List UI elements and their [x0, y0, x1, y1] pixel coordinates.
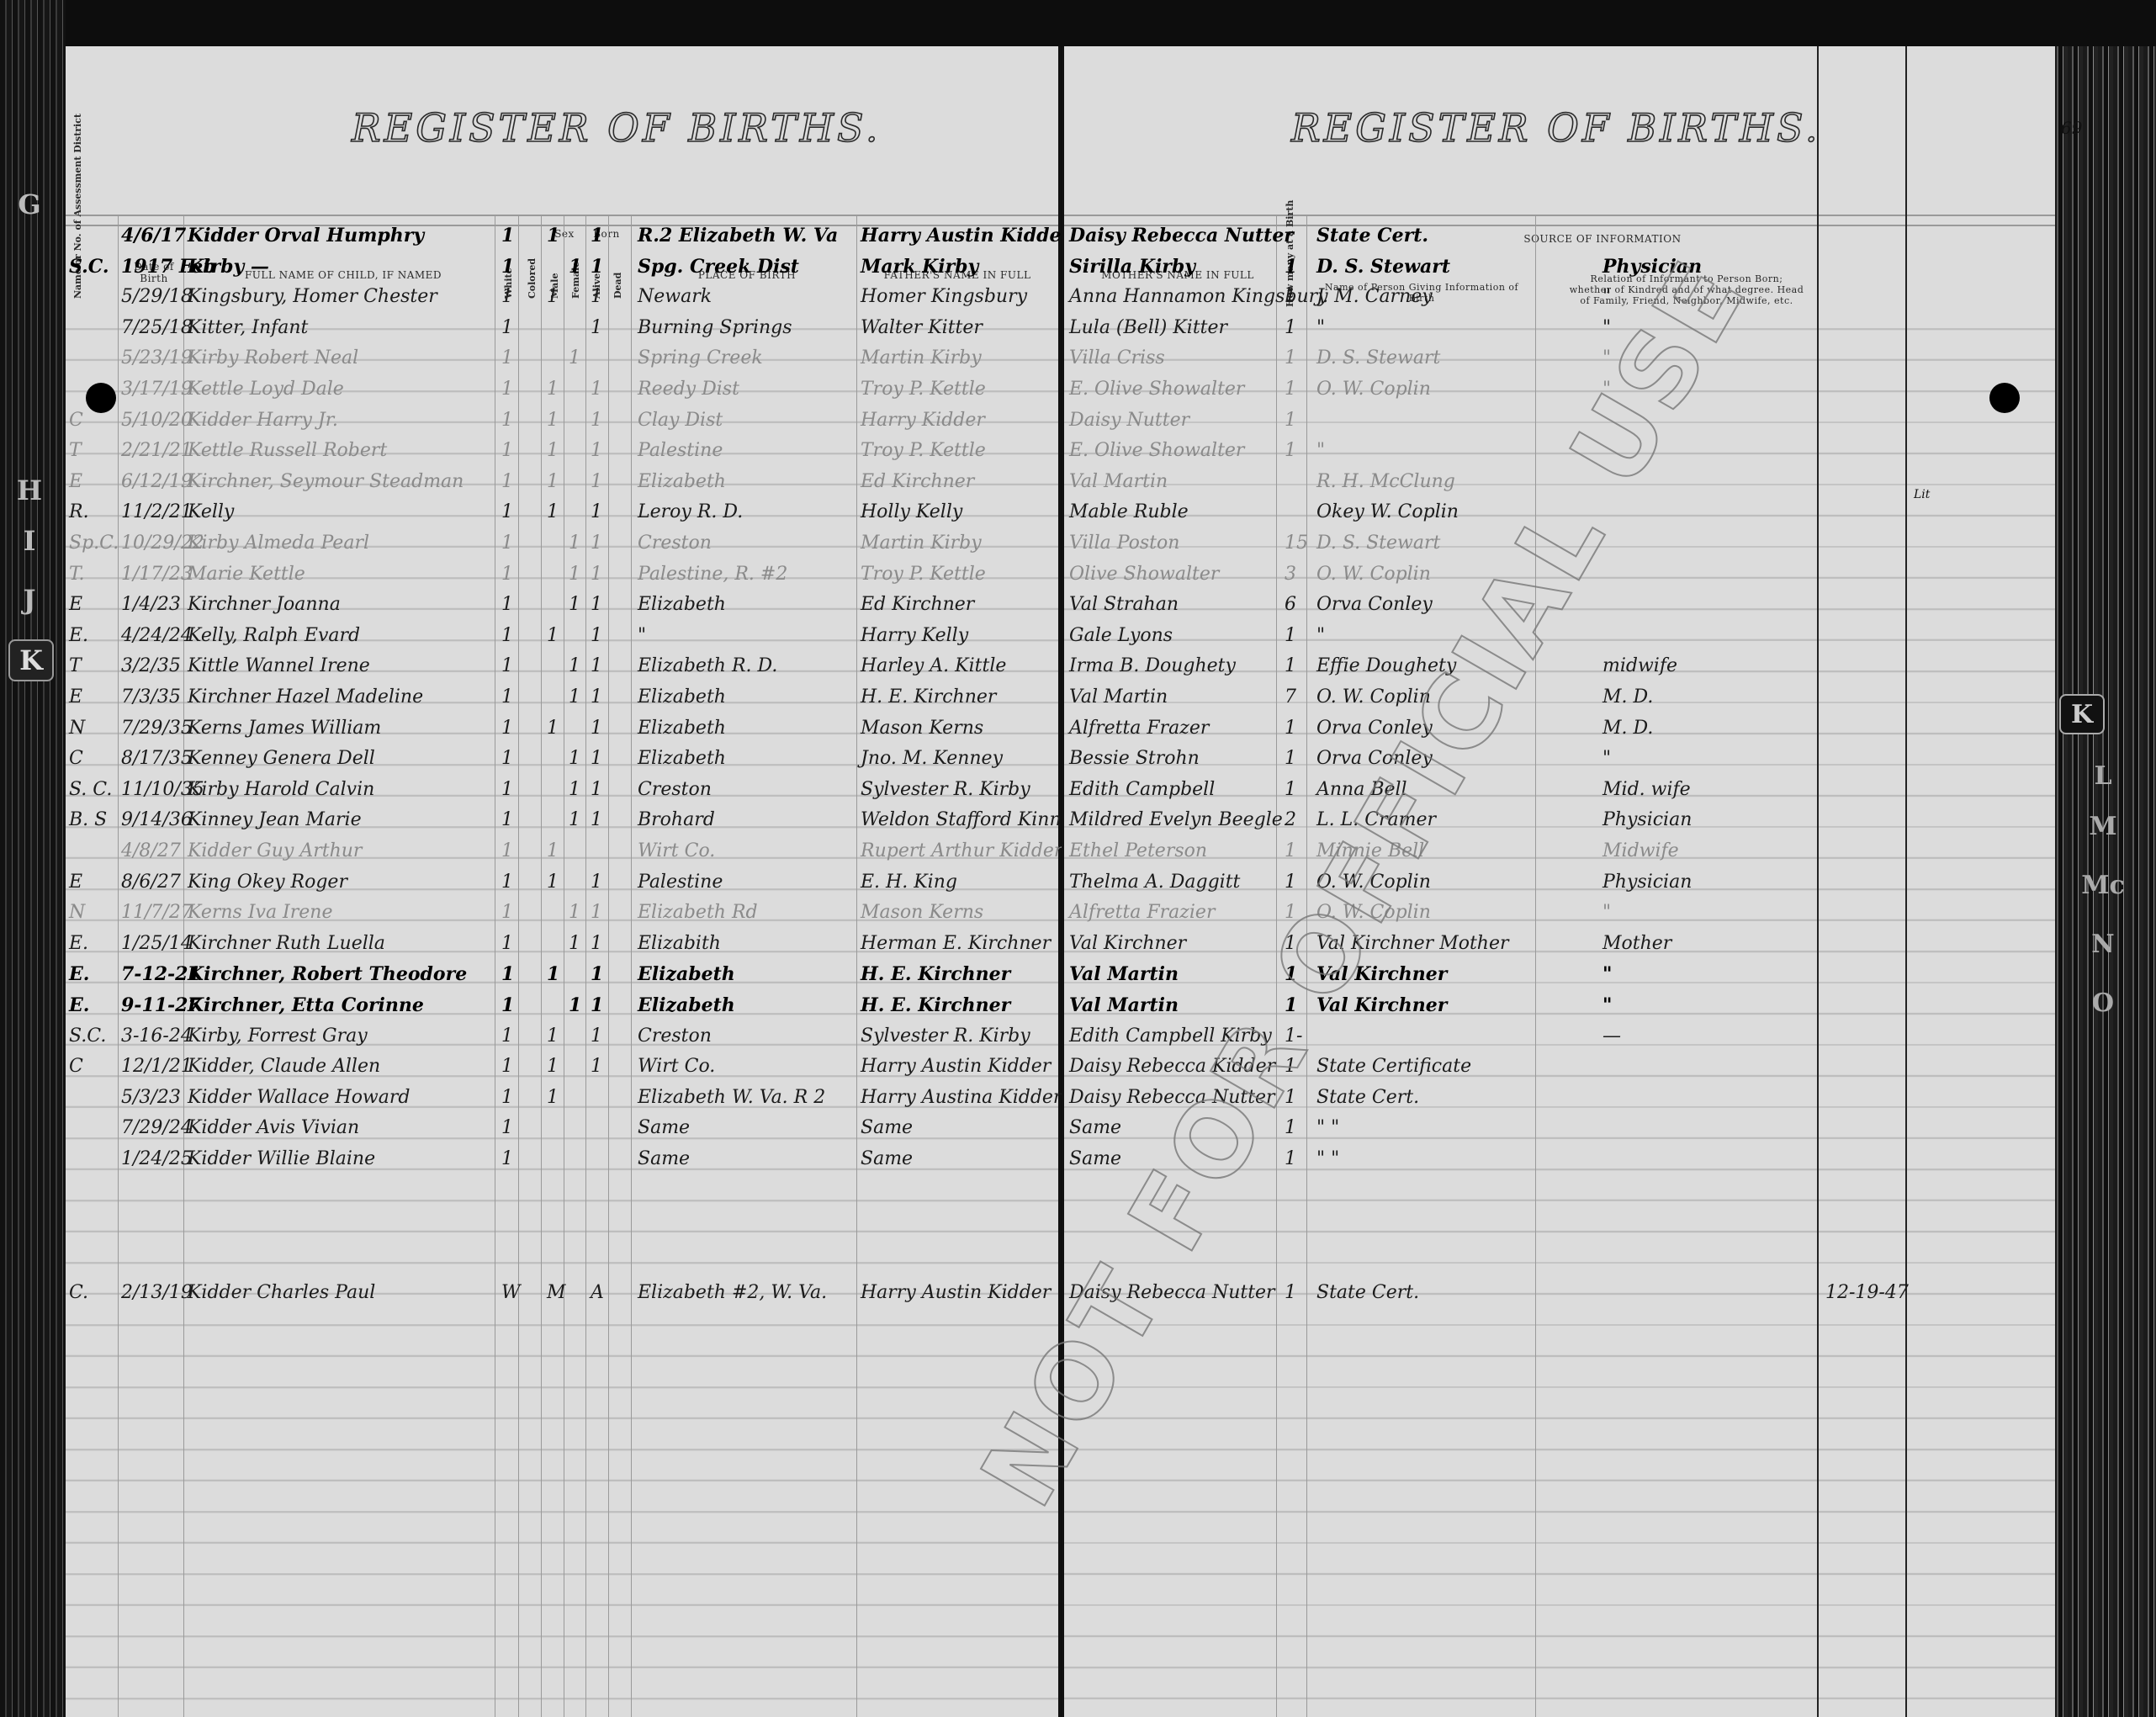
relation-cell: " [1602, 994, 1612, 1016]
place-cell: Palestine [638, 872, 723, 893]
father-cell: E. H. King [861, 872, 957, 893]
child-name-cell: Kelly [188, 501, 234, 522]
child-name-cell: Kirchner Ruth Luella [188, 933, 385, 954]
father-cell: Troy P. Kettle [861, 379, 986, 400]
father-cell: Sylvester R. Kirby [861, 779, 1030, 800]
informant-cell: State Cert. [1316, 1087, 1419, 1108]
father-cell: Homer Kingsbury [861, 286, 1027, 307]
informant-cell: " [1316, 440, 1325, 461]
date-cell: 5/23/19 [121, 347, 193, 368]
white-mark: 1 [501, 533, 513, 554]
date-cell: 1/4/23 [121, 594, 181, 615]
relation-cell: Midwife [1602, 840, 1679, 861]
child-name-cell: Kidder Harry Jr. [188, 410, 338, 431]
white-mark: 1 [501, 779, 513, 800]
date-cell: 12/1/21 [121, 1056, 193, 1077]
place-cell: Elizabeth Rd [638, 902, 758, 923]
date-cell: 7/29/35 [121, 718, 193, 739]
alive-mark: 1 [591, 533, 602, 554]
births-count-cell: 1 [1285, 379, 1296, 400]
place-cell: R.2 Elizabeth W. Va [638, 225, 838, 246]
district-cell: T. [69, 564, 84, 585]
relation-cell: " [1602, 748, 1611, 769]
informant-cell: D. S. Stewart [1316, 347, 1440, 368]
date-cell: 8/6/27 [121, 872, 181, 893]
index-tab-n[interactable]: N [2082, 925, 2124, 962]
informant-cell: O. W. Coplin [1316, 564, 1431, 585]
female-mark: 1 [569, 748, 580, 769]
child-name-cell: Kinney Jean Marie [188, 809, 362, 830]
male-mark: 1 [547, 718, 559, 739]
table-row: E.1/25/14Kirchner Ruth Luella111Elizabit… [66, 930, 1058, 960]
male-mark: M [547, 1282, 566, 1303]
relation-cell: M. D. [1602, 686, 1653, 707]
female-mark: 1 [569, 809, 580, 830]
informant-cell: O. W. Coplin [1316, 379, 1431, 400]
mother-cell: Gale Lyons [1069, 625, 1173, 646]
late-entry-row: Daisy Rebecca Nutter1State Cert.12-19-47 [1064, 1279, 2055, 1309]
father-cell: Same [861, 1148, 913, 1169]
district-cell: C [69, 410, 83, 431]
father-cell: Mark Kirby [861, 256, 978, 278]
informant-cell: D. S. Stewart [1316, 256, 1450, 278]
place-cell: Elizabeth [638, 594, 726, 615]
mother-cell: E. Olive Showalter [1069, 440, 1244, 461]
alive-mark: 1 [591, 779, 602, 800]
informant-cell: D. S. Stewart [1316, 533, 1440, 554]
father-cell: Sylvester R. Kirby [861, 1025, 1030, 1047]
child-name-cell: Kidder Wallace Howard [188, 1087, 410, 1108]
index-tab-i[interactable]: I [8, 522, 50, 560]
male-mark: 1 [547, 440, 559, 461]
district-cell: S. C. [69, 779, 112, 800]
white-mark: 1 [501, 594, 513, 615]
place-cell: Elizabeth R. D. [638, 655, 777, 676]
index-tab-o[interactable]: O [2082, 984, 2124, 1021]
father-cell: Harry Austin Kidder [861, 1282, 1051, 1303]
white-mark: 1 [501, 440, 513, 461]
place-cell: Palestine, R. #2 [638, 564, 787, 585]
white-mark: 1 [501, 655, 513, 676]
right-page: REGISTER OF BIRTHS. 69 MOTHER'S NAME IN … [1062, 46, 2055, 1717]
births-count-cell: 1 [1285, 317, 1296, 338]
child-name-cell: Marie Kettle [188, 564, 305, 585]
white-mark: 1 [501, 686, 513, 707]
child-name-cell: Kidder, Claude Allen [188, 1056, 380, 1077]
male-mark: 1 [547, 840, 559, 861]
date-cell: 4/8/27 [121, 840, 181, 861]
alive-mark: 1 [591, 379, 602, 400]
male-mark: 1 [547, 625, 559, 646]
alive-mark: 1 [591, 963, 603, 985]
child-name-cell: Kenney Genera Dell [188, 748, 375, 769]
father-cell: Troy P. Kettle [861, 440, 986, 461]
male-mark: 1 [547, 286, 559, 307]
table-row: T.1/17/23Marie Kettle111Palestine, R. #2… [66, 560, 1058, 591]
table-row: C12/1/21Kidder, Claude Allen111Wirt Co.H… [66, 1052, 1058, 1083]
child-name-cell: Kidder Charles Paul [188, 1282, 375, 1303]
father-cell: Herman E. Kirchner [861, 933, 1051, 954]
alive-mark: 1 [591, 594, 602, 615]
father-cell: Rupert Arthur Kidder [861, 840, 1062, 861]
place-cell: " [638, 625, 646, 646]
book-binding-left: G H I J K [0, 0, 66, 1717]
mother-cell: Val Martin [1069, 994, 1179, 1016]
child-name-cell: Kidder Orval Humphry [188, 225, 424, 246]
date-cell: 7/25/18 [121, 317, 193, 338]
child-name-cell: Kerns James William [188, 718, 381, 739]
place-cell: Palestine [638, 440, 723, 461]
father-cell: Same [861, 1117, 913, 1138]
district-cell: Sp.C. [69, 533, 119, 554]
table-row: 4/6/17Kidder Orval Humphry111R.2 Elizabe… [66, 221, 1058, 252]
informant-cell: State Certificate [1316, 1056, 1471, 1077]
white-mark: 1 [501, 933, 513, 954]
place-cell: Same [638, 1117, 690, 1138]
table-row: 7/29/24Kidder Avis Vivian1SameSame [66, 1114, 1058, 1144]
date-cell: 5/3/23 [121, 1087, 181, 1108]
table-row: N11/7/27Kerns Iva Irene111Elizabeth RdMa… [66, 898, 1058, 929]
late-entry-date-note: 12-19-47 [1825, 1282, 1909, 1303]
table-row: B. S9/14/36Kinney Jean Marie111BrohardWe… [66, 806, 1058, 836]
alive-mark: 1 [591, 1056, 602, 1077]
child-name-cell: Kirchner, Etta Corinne [188, 994, 424, 1016]
father-cell: Harry Kelly [861, 625, 968, 646]
table-row: Villa Criss1D. S. Stewart" [1064, 344, 2055, 374]
place-cell: Elizabeth #2, W. Va. [638, 1282, 827, 1303]
table-row: Val Martin7O. W. CoplinM. D. [1064, 683, 2055, 713]
date-cell: 2/21/21 [121, 440, 193, 461]
date-cell: 11/2/21 [121, 501, 193, 522]
white-mark: 1 [501, 225, 514, 246]
white-mark: 1 [501, 410, 513, 431]
alive-mark: 1 [591, 256, 603, 278]
date-cell: 4/24/24 [121, 625, 193, 646]
table-row: E7/3/35Kirchner Hazel Madeline111Elizabe… [66, 683, 1058, 713]
table-row: Lula (Bell) Kitter1"" [1064, 314, 2055, 344]
father-cell: Harry Kidder [861, 410, 985, 431]
index-tab-g[interactable]: G [8, 185, 50, 224]
informant-cell: J. M. Carney [1316, 286, 1433, 307]
district-cell: E [69, 686, 82, 707]
table-row: C5/10/20Kidder Harry Jr.111Clay DistHarr… [66, 406, 1058, 437]
relation-cell: " [1602, 317, 1611, 338]
place-cell: Newark [638, 286, 712, 307]
relation-cell: midwife [1602, 655, 1677, 676]
district-cell: C [69, 1056, 83, 1077]
informant-cell: " [1316, 317, 1325, 338]
table-row: 5/3/23Kidder Wallace Howard11Elizabeth W… [66, 1084, 1058, 1114]
date-cell: 2/13/19 [121, 1282, 193, 1303]
index-tab-mc[interactable]: Mc [2082, 866, 2124, 904]
white-mark: 1 [501, 256, 514, 278]
informant-cell: " " [1316, 1117, 1339, 1138]
mother-cell: Same [1069, 1148, 1121, 1169]
mother-cell: Irma B. Doughety [1069, 655, 1236, 676]
place-cell: Creston [638, 1025, 712, 1047]
district-cell: N [69, 902, 85, 923]
place-cell: Wirt Co. [638, 1056, 715, 1077]
index-tab-k[interactable]: K [8, 639, 54, 681]
alive-mark: 1 [591, 286, 602, 307]
alive-mark: 1 [591, 225, 603, 246]
informant-cell: State Cert. [1316, 1282, 1419, 1303]
child-name-cell: Kingsbury, Homer Chester [188, 286, 437, 307]
table-row: 5/23/19Kirby Robert Neal11Spring CreekMa… [66, 344, 1058, 374]
white-mark: 1 [501, 317, 513, 338]
child-name-cell: Kelly, Ralph Evard [188, 625, 360, 646]
white-mark: 1 [501, 625, 513, 646]
district-cell: T [69, 440, 82, 461]
alive-mark: 1 [591, 718, 602, 739]
male-mark: 1 [547, 963, 559, 985]
white-mark: 1 [501, 471, 513, 492]
child-name-cell: Kirchner, Robert Theodore [188, 963, 467, 985]
white-mark: 1 [501, 994, 514, 1016]
place-cell: Elizabeth [638, 963, 735, 985]
father-cell: H. E. Kirchner [861, 963, 1010, 985]
table-row: Val Kirchner1Val Kirchner MotherMother [1064, 930, 2055, 960]
child-name-cell: Kettle Russell Robert [188, 440, 387, 461]
births-count-cell: 1 [1285, 256, 1297, 278]
table-row: Anna Hannamon Kingsbury1J. M. Carney" [1064, 283, 2055, 313]
informant-cell: State Cert. [1316, 225, 1428, 246]
table-row: E.4/24/24Kelly, Ralph Evard111"Harry Kel… [66, 622, 1058, 652]
child-name-cell: Kirby Robert Neal [188, 347, 358, 368]
white-mark: 1 [501, 286, 513, 307]
district-cell: R. [69, 501, 89, 522]
district-cell: E [69, 471, 82, 492]
white-mark: 1 [501, 902, 513, 923]
table-row: E.9-11-27Kirchner, Etta Corinne111Elizab… [66, 991, 1058, 1021]
district-cell: C [69, 748, 83, 769]
table-row: Sirilla Kirby1D. S. StewartPhysician [1064, 252, 2055, 283]
relation-cell: Physician [1602, 872, 1692, 893]
place-cell: Elizabeth [638, 748, 726, 769]
child-name-cell: Kitter, Infant [188, 317, 308, 338]
mother-cell: Thelma A. Daggitt [1069, 872, 1240, 893]
births-count-cell: 1 [1285, 779, 1296, 800]
births-count-cell: 1 [1285, 1282, 1296, 1303]
white-mark: 1 [501, 1056, 513, 1077]
father-cell: Holly Kelly [861, 501, 962, 522]
district-cell: B. S [69, 809, 107, 830]
index-tab-k-right[interactable]: K [2059, 694, 2105, 734]
date-cell: 11/7/27 [121, 902, 193, 923]
alive-mark: 1 [591, 1025, 602, 1047]
father-cell: Troy P. Kettle [861, 564, 986, 585]
place-cell: Clay Dist [638, 410, 723, 431]
births-count-cell: 1 [1285, 440, 1296, 461]
date-cell: 3-16-24 [121, 1025, 193, 1047]
informant-cell: Orva Conley [1316, 594, 1433, 615]
births-count-cell: 1 [1285, 410, 1296, 431]
place-cell: Same [638, 1148, 690, 1169]
page-title-right: REGISTER OF BIRTHS. [1291, 105, 1821, 151]
left-page: REGISTER OF BIRTHS. Name or No. of Asses… [66, 46, 1061, 1717]
child-name-cell: King Okey Roger [188, 872, 347, 893]
district-cell: S.C. [69, 1025, 106, 1047]
date-cell: 3/17/19 [121, 379, 193, 400]
table-row: 5/29/18Kingsbury, Homer Chester111Newark… [66, 283, 1058, 313]
births-count-cell: 2 [1285, 809, 1296, 830]
index-tab-m[interactable]: M [2082, 808, 2124, 845]
table-row: Edith Campbell1Anna BellMid. wife [1064, 776, 2055, 806]
place-cell: Elizabeth [638, 718, 726, 739]
alive-mark: 1 [591, 994, 603, 1016]
mother-cell: Lula (Bell) Kitter [1069, 317, 1227, 338]
table-row: T2/21/21Kettle Russell Robert111Palestin… [66, 437, 1058, 467]
father-cell: Ed Kirchner [861, 594, 974, 615]
white-mark: 1 [501, 1087, 513, 1108]
father-cell: Harley A. Kittle [861, 655, 1006, 676]
table-row: T3/2/35Kittle Wannel Irene111Elizabeth R… [66, 652, 1058, 682]
father-cell: H. E. Kirchner [861, 994, 1010, 1016]
alive-mark: 1 [591, 317, 602, 338]
white-mark: 1 [501, 379, 513, 400]
table-row: E6/12/19Kirchner, Seymour Steadman111Eli… [66, 468, 1058, 498]
female-mark: 1 [569, 594, 580, 615]
relation-cell: " [1602, 286, 1611, 307]
date-cell: 7/3/35 [121, 686, 181, 707]
births-count-cell: 1 [1285, 655, 1296, 676]
mother-cell: E. Olive Showalter [1069, 379, 1244, 400]
district-cell: E. [69, 625, 88, 646]
informant-cell: " [1316, 625, 1325, 646]
alive-mark: A [591, 1282, 604, 1303]
index-tab-l[interactable]: L [2082, 757, 2124, 794]
place-cell: Reedy Dist [638, 379, 739, 400]
place-cell: Spg. Creek Dist [638, 256, 799, 278]
table-row: 7/25/18Kitter, Infant11Burning SpringsWa… [66, 314, 1058, 344]
table-row: Thelma A. Daggitt1O. W. CoplinPhysician [1064, 868, 2055, 898]
place-cell: Spring Creek [638, 347, 763, 368]
table-row: S. C.11/10/35Kirby Harold Calvin111Crest… [66, 776, 1058, 806]
father-cell: Ed Kirchner [861, 471, 974, 492]
white-mark: 1 [501, 963, 514, 985]
female-mark: 1 [569, 686, 580, 707]
child-name-cell: Kirchner Hazel Madeline [188, 686, 423, 707]
male-mark: 1 [547, 410, 559, 431]
table-row: Val Martin1Val Kirchner" [1064, 991, 2055, 1021]
births-count-cell: 15 [1285, 533, 1308, 554]
district-cell: E [69, 594, 82, 615]
mother-cell: Olive Showalter [1069, 564, 1219, 585]
mother-cell: Alfretta Frazier [1069, 902, 1215, 923]
date-cell: 1/25/14 [121, 933, 193, 954]
place-cell: Wirt Co. [638, 840, 715, 861]
alive-mark: 1 [591, 933, 602, 954]
births-count-cell: 1 [1285, 840, 1296, 861]
father-cell: Mason Kerns [861, 902, 983, 923]
relation-cell: Physician [1602, 809, 1692, 830]
place-cell: Brohard [638, 809, 715, 830]
child-name-cell: Kidder Willie Blaine [188, 1148, 375, 1169]
place-cell: Elizabeth W. Va. R 2 [638, 1087, 825, 1108]
births-count-cell: 1 [1285, 286, 1296, 307]
alive-mark: 1 [591, 440, 602, 461]
alive-mark: 1 [591, 872, 602, 893]
births-count-cell: 1 [1285, 748, 1296, 769]
alive-mark: 1 [591, 625, 602, 646]
late-entry-row: C.2/13/19Kidder Charles PaulWMAElizabeth… [66, 1279, 1058, 1309]
female-mark: 1 [569, 564, 580, 585]
table-row: Alfretta Frazer1Orva ConleyM. D. [1064, 714, 2055, 745]
place-cell: Creston [638, 533, 712, 554]
table-row: Bessie Strohn1Orva Conley" [1064, 745, 2055, 775]
informant-cell: Okey W. Coplin [1316, 501, 1459, 522]
table-row: E. Olive Showalter1O. W. Coplin" [1064, 375, 2055, 405]
father-cell: Mason Kerns [861, 718, 983, 739]
table-row: S.C.1917 FebKirby —111Spg. Creek DistMar… [66, 252, 1058, 283]
mother-cell: Same [1069, 1117, 1121, 1138]
white-mark: 1 [501, 1117, 513, 1138]
district-cell: C. [69, 1282, 88, 1303]
male-mark: 1 [547, 501, 559, 522]
date-cell: 8/17/35 [121, 748, 193, 769]
alive-mark: 1 [591, 655, 602, 676]
male-mark: 1 [547, 471, 559, 492]
female-mark: 1 [569, 933, 580, 954]
female-mark: 1 [569, 902, 580, 923]
table-row: 1/24/25Kidder Willie Blaine1SameSame [66, 1145, 1058, 1175]
date-cell: 6/12/19 [121, 471, 193, 492]
page-number: 69 [2061, 118, 2082, 138]
relation-cell: " [1602, 963, 1612, 985]
table-row: Val Martin1Val Kirchner" [1064, 960, 2055, 990]
child-name-cell: Kidder Avis Vivian [188, 1117, 359, 1138]
white-mark: 1 [501, 564, 513, 585]
table-row: Ethel Peterson1Minnie BellMidwife [1064, 837, 2055, 867]
index-tab-h[interactable]: H [8, 471, 50, 510]
date-cell: 5/29/18 [121, 286, 193, 307]
white-mark: 1 [501, 840, 513, 861]
index-tab-j[interactable]: J [8, 580, 50, 619]
mother-cell: Bessie Strohn [1069, 748, 1200, 769]
mother-cell: Ethel Peterson [1069, 840, 1207, 861]
date-cell: 3/2/35 [121, 655, 181, 676]
male-mark: 1 [547, 1087, 559, 1108]
births-count-cell: 3 [1285, 564, 1296, 585]
mother-cell: Daisy Rebecca Nutter [1069, 225, 1294, 246]
mother-cell: Val Martin [1069, 686, 1168, 707]
relation-cell: " [1602, 902, 1611, 923]
alive-mark: 1 [591, 501, 602, 522]
female-mark: 1 [569, 994, 581, 1016]
alive-mark: 1 [591, 748, 602, 769]
mother-cell: Villa Criss [1069, 347, 1165, 368]
table-row: S.C.3-16-24Kirby, Forrest Gray111Creston… [66, 1022, 1058, 1052]
father-cell: Martin Kirby [861, 533, 982, 554]
white-mark: 1 [501, 718, 513, 739]
white-mark: 1 [501, 1025, 513, 1047]
alive-mark: 1 [591, 809, 602, 830]
mother-cell: Alfretta Frazer [1069, 718, 1209, 739]
alive-mark: 1 [591, 902, 602, 923]
district-cell: E. [69, 994, 89, 1016]
table-row: E8/6/27King Okey Roger111PalestineE. H. … [66, 868, 1058, 898]
births-count-cell: 1 [1285, 625, 1296, 646]
table-row: Daisy Rebecca NutterState Cert. [1064, 221, 2055, 252]
child-name-cell: Kettle Loyd Dale [188, 379, 344, 400]
district-cell: N [69, 718, 85, 739]
page-title-left: REGISTER OF BIRTHS. [352, 105, 882, 151]
table-row: E1/4/23Kirchner Joanna111ElizabethEd Kir… [66, 591, 1058, 621]
white-mark: 1 [501, 872, 513, 893]
child-name-cell: Kirby — [188, 256, 269, 278]
mother-cell: Val Kirchner [1069, 933, 1186, 954]
date-cell: 5/10/20 [121, 410, 193, 431]
